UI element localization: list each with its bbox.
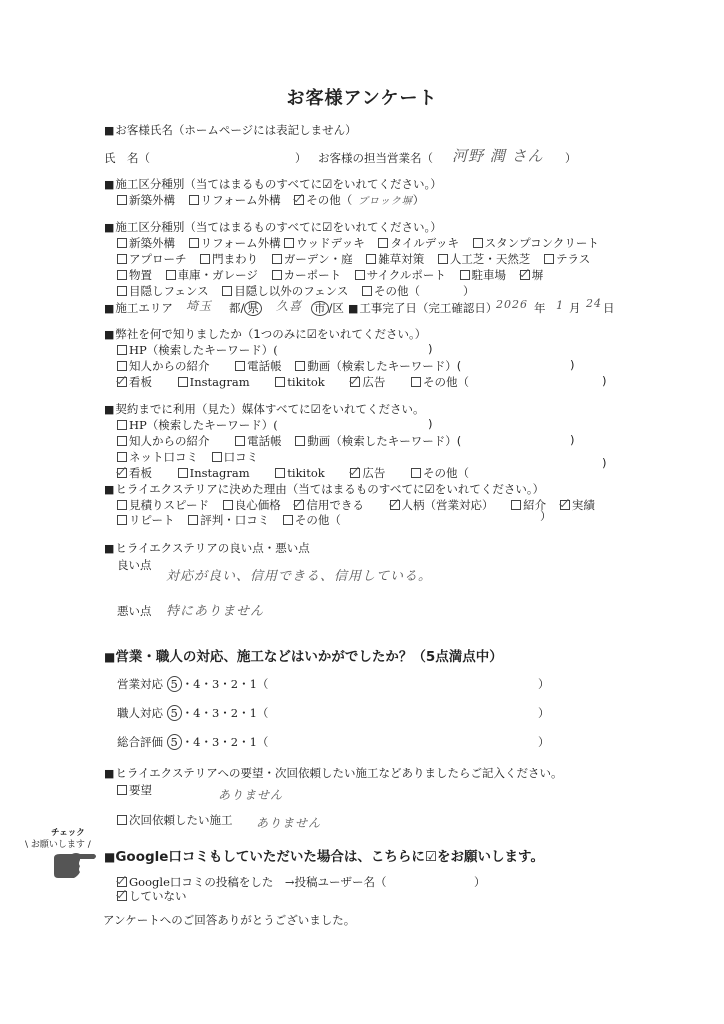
hp-close: ) — [428, 342, 433, 356]
checkbox[interactable] — [272, 270, 282, 280]
bad-points-field[interactable]: 特にありません — [166, 600, 264, 619]
checkbox[interactable] — [544, 254, 554, 264]
option-new-exterior[interactable]: 新築外構 — [117, 235, 175, 251]
checkbox-checked[interactable] — [117, 877, 127, 887]
checkbox-checked[interactable] — [520, 270, 530, 280]
option-other[interactable]: その他（ — [411, 465, 469, 481]
rating-close: ） — [538, 705, 550, 721]
option-phonebook[interactable]: 電話帳 — [235, 433, 282, 449]
checkbox[interactable] — [460, 270, 470, 280]
checkbox[interactable] — [117, 452, 127, 462]
other-close: ) — [602, 456, 607, 470]
option-wood-deck[interactable]: ウッドデッキ — [284, 235, 365, 251]
option-carport[interactable]: カーポート — [272, 267, 342, 283]
construction-type-2-row-3: 物置 車庫・ガレージ カーポート サイクルポート 駐車場 塀 — [117, 267, 553, 283]
option-tiktok[interactable]: tikitok — [275, 375, 324, 389]
checkbox-checked[interactable] — [560, 500, 570, 510]
option-reputation[interactable]: 評判・口コミ — [188, 512, 269, 528]
checkbox-checked[interactable] — [350, 468, 360, 478]
option-signboard[interactable]: 看板 — [117, 374, 152, 390]
section-construction-type-1: 施工区分種別（当てはまるものすべてに☑をいれてください。） — [104, 176, 442, 192]
rating-options[interactable]: ・4・3・2・1（ — [182, 735, 269, 749]
checkbox[interactable] — [117, 436, 127, 446]
checkbox[interactable] — [378, 238, 388, 248]
checkbox[interactable] — [212, 452, 222, 462]
checkbox[interactable] — [117, 286, 127, 296]
option-estimate-speed[interactable]: 見積りスピード — [117, 497, 209, 513]
option-acquaintance[interactable]: 知人からの紹介 — [117, 358, 210, 374]
hp-close: ) — [428, 417, 433, 431]
rating-close: ） — [538, 734, 550, 750]
option-repeat[interactable]: リピート — [117, 512, 175, 528]
checkbox[interactable] — [117, 420, 127, 430]
year-label: 年 — [534, 300, 546, 316]
how-known-row-2: 知人からの紹介 電話帳 動画（検索したキーワード）( — [117, 358, 471, 374]
checkbox[interactable] — [283, 515, 293, 525]
checkbox[interactable] — [188, 515, 198, 525]
checkbox[interactable] — [235, 361, 245, 371]
rating-overall: 総合評価 5・4・3・2・1（ — [117, 734, 268, 750]
request-option[interactable]: 要望 — [117, 782, 152, 798]
media-row-2: 知人からの紹介 電話帳 動画（検索したキーワード）( — [117, 433, 471, 449]
checkbox[interactable] — [189, 238, 199, 248]
request-field[interactable]: ありません — [218, 786, 283, 803]
rating-craftsman: 職人対応 5・4・3・2・1（ — [117, 705, 268, 721]
option-garden[interactable]: ガーデン・庭 — [272, 251, 353, 267]
rating-selected[interactable]: 5 — [167, 705, 182, 721]
checkbox[interactable] — [366, 254, 376, 264]
option-phonebook[interactable]: 電話帳 — [235, 358, 282, 374]
checkbox-checked[interactable] — [350, 377, 360, 387]
option-new-exterior[interactable]: 新築外構 — [117, 192, 175, 208]
checkbox[interactable] — [473, 238, 483, 248]
other-close: ) — [602, 374, 607, 388]
checkbox[interactable] — [117, 515, 127, 525]
completion-date-label: 工事完了日（完工確認日） — [348, 300, 497, 316]
checkbox[interactable] — [295, 361, 305, 371]
section-construction-type-2: 施工区分種別（当てはまるものすべてに☑をいれてください。） — [104, 219, 442, 235]
day-label: 日 — [603, 300, 615, 316]
checkbox-checked[interactable] — [117, 468, 127, 478]
thanks-message: アンケートへのご回答ありがとうございました。 — [103, 912, 355, 928]
rating-close: ） — [538, 676, 550, 692]
option-tile-deck[interactable]: タイルデッキ — [378, 235, 459, 251]
how-known-hp[interactable]: HP（検索したキーワード）( — [117, 342, 278, 358]
checkbox[interactable] — [117, 815, 127, 825]
next-work-field[interactable]: ありません — [256, 814, 321, 831]
option-word-of-mouth[interactable]: 口コミ — [212, 449, 259, 465]
checkbox[interactable] — [117, 254, 127, 264]
prefecture-selected[interactable]: 県 — [244, 301, 262, 316]
option-instagram[interactable]: Instagram — [178, 466, 250, 480]
checkbox[interactable] — [223, 500, 233, 510]
option-reform-exterior[interactable]: リフォーム外構 — [189, 235, 281, 251]
option-other[interactable]: その他（ — [362, 283, 420, 299]
section-google: ■Google口コミもしていただいた場合は、こちらに☑をお願いします。 — [104, 845, 544, 865]
option-cycleport[interactable]: サイクルポート — [355, 267, 446, 283]
other-close: ） — [463, 283, 475, 299]
option-parking[interactable]: 駐車場 — [460, 267, 507, 283]
how-known-row-3: 看板 Instagram tikitok 広告 その他（ — [117, 374, 479, 390]
checkbox[interactable] — [438, 254, 448, 264]
checkbox-checked[interactable] — [117, 377, 127, 387]
checkbox[interactable] — [272, 254, 282, 264]
sales-close: ） — [565, 150, 577, 166]
sales-name-field[interactable]: 河野 潤 さん — [452, 145, 544, 166]
checkbox[interactable] — [166, 270, 176, 280]
sales-label: お客様の担当営業名（ — [318, 150, 433, 166]
good-label: 良い点 — [117, 557, 152, 573]
good-points-field[interactable]: 対応が良い、信用できる、信用している。 — [166, 565, 432, 584]
media-hp[interactable]: HP（検索したキーワード）( — [117, 417, 278, 433]
checkbox[interactable] — [511, 500, 521, 510]
video-close: ) — [570, 433, 575, 447]
name-field[interactable] — [150, 148, 290, 162]
google-not-posted-option[interactable]: していない — [117, 888, 187, 904]
option-personality[interactable]: 人柄（営業対応） — [390, 497, 494, 513]
city-suffix: 市/区 — [311, 300, 344, 316]
option-trustworthy[interactable]: 信用できる — [294, 497, 364, 513]
option-terrace[interactable]: テラス — [544, 251, 590, 267]
checkbox[interactable] — [117, 500, 127, 510]
checkbox-checked[interactable] — [294, 195, 304, 205]
option-fair-price[interactable]: 良心価格 — [223, 497, 281, 513]
option-video[interactable]: 動画（検索したキーワード）( — [295, 433, 461, 449]
video-close: ) — [570, 358, 575, 372]
checkbox[interactable] — [117, 238, 127, 248]
section-how-known: 弊社を何で知りましたか（1つのみに☑をいれてください。） — [104, 326, 426, 342]
rating-selected[interactable]: 5 — [167, 676, 182, 692]
checkbox[interactable] — [189, 195, 199, 205]
section-decision-reason: ヒライエクステリアに決めた理由（当てはまるものすべてに☑をいれてください。） — [104, 481, 544, 497]
section-requests: ヒライエクステリアへの要望・次回依頼したい施工などありましたらご記入ください。 — [104, 765, 563, 781]
option-other[interactable]: その他（ — [411, 374, 469, 390]
checkbox[interactable] — [178, 468, 188, 478]
option-gate[interactable]: 門まわり — [200, 251, 258, 267]
callout-please: \ お願いします / — [25, 837, 91, 850]
next-work-option[interactable]: 次回依頼したい施工 — [117, 812, 233, 828]
checkbox[interactable] — [411, 468, 421, 478]
section-rating: ■営業・職人の対応、施工などはいかがでしたか？（5点満点中） — [104, 645, 503, 665]
checkbox[interactable] — [411, 377, 421, 387]
option-reform-exterior[interactable]: リフォーム外構 — [189, 192, 281, 208]
reason-row-2: リピート 評判・口コミ その他（ — [117, 512, 351, 528]
checkbox[interactable] — [284, 238, 294, 248]
city-selected[interactable]: 市 — [311, 301, 329, 316]
checkbox[interactable] — [117, 361, 127, 371]
checkbox[interactable] — [178, 377, 188, 387]
other-value-field[interactable]: ブロック塀 — [358, 196, 413, 207]
month-field[interactable]: 1 — [556, 298, 564, 312]
option-video[interactable]: 動画（検索したキーワード）( — [295, 358, 461, 374]
option-other[interactable]: その他（ — [283, 512, 341, 528]
construction-type-2-row-1: 新築外構 リフォーム外構 ウッドデッキ タイルデッキ スタンプコンクリート — [117, 235, 609, 251]
option-storage[interactable]: 物置 — [117, 267, 152, 283]
prefecture-field[interactable]: 埼玉 — [186, 297, 212, 314]
media-row-4: 看板 Instagram tikitok 広告 その他（ — [117, 465, 479, 481]
rating-options[interactable]: ・4・3・2・1（ — [182, 706, 269, 720]
checkbox[interactable] — [275, 377, 285, 387]
checkbox-checked[interactable] — [117, 891, 127, 901]
option-signboard[interactable]: 看板 — [117, 465, 152, 481]
option-turf[interactable]: 人工芝・天然芝 — [438, 251, 531, 267]
option-garage[interactable]: 車庫・ガレージ — [166, 267, 258, 283]
year-field[interactable]: 2026 — [496, 298, 528, 311]
section-area: 施工エリア — [104, 300, 173, 316]
option-advertisement[interactable]: 広告 — [350, 465, 385, 481]
construction-type-1-options: 新築外構 リフォーム外構 その他（ ブロック塀） — [117, 192, 424, 208]
construction-type-2-row-4: 目隠しフェンス 目隠し以外のフェンス その他（ — [117, 283, 430, 299]
checkbox[interactable] — [117, 195, 127, 205]
option-wall[interactable]: 塀 — [520, 267, 544, 283]
option-stamp-concrete[interactable]: スタンプコンクリート — [473, 235, 599, 251]
rating-selected[interactable]: 5 — [167, 734, 182, 750]
checkbox[interactable] — [235, 436, 245, 446]
month-label: 月 — [569, 300, 581, 316]
checkbox[interactable] — [222, 286, 232, 296]
section-media-used: 契約までに利用（見た）媒体すべてに☑をいれてください。 — [104, 401, 424, 417]
rating-sales: 営業対応 5・4・3・2・1（ — [117, 676, 268, 692]
section-good-bad: ヒライエクステリアの良い点・悪い点 — [104, 540, 310, 556]
checkbox[interactable] — [117, 345, 127, 355]
option-instagram[interactable]: Instagram — [178, 375, 250, 389]
checkbox[interactable] — [117, 785, 127, 795]
rating-options[interactable]: ・4・3・2・1（ — [182, 677, 269, 691]
checkbox-checked[interactable] — [294, 500, 304, 510]
checkbox[interactable] — [200, 254, 210, 264]
bad-label: 悪い点 — [117, 603, 152, 619]
construction-type-2-row-2: アプローチ 門まわり ガーデン・庭 雑草対策 人工芝・天然芝 テラス — [117, 251, 600, 267]
option-net-review[interactable]: ネット口コミ — [117, 449, 198, 465]
media-row-3: ネット口コミ 口コミ — [117, 449, 268, 465]
day-field[interactable]: 24 — [586, 297, 602, 310]
username-close: ） — [474, 874, 486, 890]
option-advertisement[interactable]: 広告 — [350, 374, 385, 390]
option-approach[interactable]: アプローチ — [117, 251, 187, 267]
checkbox[interactable] — [117, 270, 127, 280]
checkbox[interactable] — [295, 436, 305, 446]
option-acquaintance[interactable]: 知人からの紹介 — [117, 433, 210, 449]
pointing-hand-icon — [50, 850, 98, 885]
name-close: ） — [295, 150, 307, 166]
other-close: ） — [540, 508, 552, 524]
prefecture-suffix: 都/県 — [229, 300, 262, 316]
city-field[interactable]: 久喜 — [276, 297, 302, 314]
section-customer-name: お客様氏名（ホームページには表記しません） — [104, 122, 357, 138]
page-title: お客様アンケート — [0, 84, 724, 110]
option-other[interactable]: その他（ — [294, 192, 352, 208]
reason-row-1: 見積りスピード 良心価格 信用できる 人柄（営業対応） 紹介 実績 — [117, 497, 605, 513]
checkbox[interactable] — [275, 468, 285, 478]
checkbox-checked[interactable] — [390, 500, 400, 510]
name-label: 氏 名（ — [104, 150, 150, 166]
checkbox[interactable] — [355, 270, 365, 280]
option-track-record[interactable]: 実績 — [560, 497, 595, 513]
option-tiktok[interactable]: tikitok — [275, 466, 324, 480]
checkbox[interactable] — [362, 286, 372, 296]
option-weed-control[interactable]: 雑草対策 — [366, 251, 424, 267]
